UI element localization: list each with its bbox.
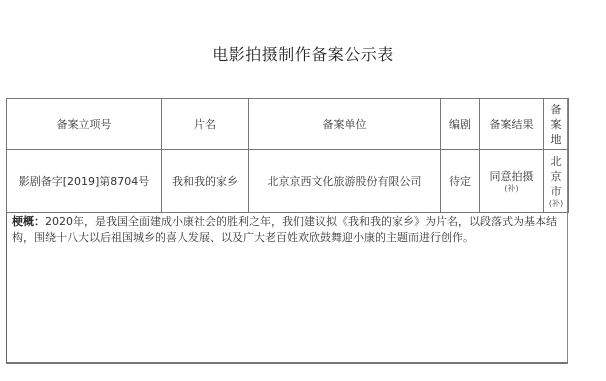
cell-record-result-cell: 同意拍摄 (补) xyxy=(480,150,544,213)
page-title: 电影拍摄制作备案公示表 xyxy=(0,42,606,65)
cell-film-name: 我和我的家乡 xyxy=(162,150,249,213)
cell-record-result: 同意拍摄 xyxy=(490,170,534,183)
header-record-place: 备案地 xyxy=(550,102,562,147)
header-record-id: 备案立项号 xyxy=(7,99,162,150)
record-place-note: (补) xyxy=(544,199,568,209)
table-header-row: 备案立项号 片名 备案单位 编剧 备案结果 备案地 xyxy=(7,99,569,150)
cell-record-place: 北京市 xyxy=(550,154,562,199)
synopsis-text: 2020年，是我国全面建成小康社会的胜利之年，我们建议拟《我和我的家乡》为片名，… xyxy=(12,215,557,244)
header-record-unit: 备案单位 xyxy=(249,99,441,150)
cell-record-id: 影剧备字[2019]第8704号 xyxy=(7,150,162,213)
record-result-note: (补) xyxy=(480,184,543,194)
header-screenwriter: 编剧 xyxy=(441,99,480,150)
cell-screenwriter: 待定 xyxy=(441,150,480,213)
cell-record-place-cell: 北京市 (补) xyxy=(544,150,569,213)
synopsis-label: 梗概： xyxy=(12,215,45,228)
header-film-name: 片名 xyxy=(162,99,249,150)
record-table: 备案立项号 片名 备案单位 编剧 备案结果 备案地 影剧备字[2019]第870… xyxy=(6,98,569,213)
cell-record-unit: 北京京西文化旅游股份有限公司 xyxy=(249,150,441,213)
table-row: 影剧备字[2019]第8704号 我和我的家乡 北京京西文化旅游股份有限公司 待… xyxy=(7,150,569,213)
synopsis: 梗概：2020年，是我国全面建成小康社会的胜利之年，我们建议拟《我和我的家乡》为… xyxy=(12,214,557,246)
header-record-result: 备案结果 xyxy=(480,99,544,150)
header-record-place-cell: 备案地 xyxy=(544,99,569,150)
